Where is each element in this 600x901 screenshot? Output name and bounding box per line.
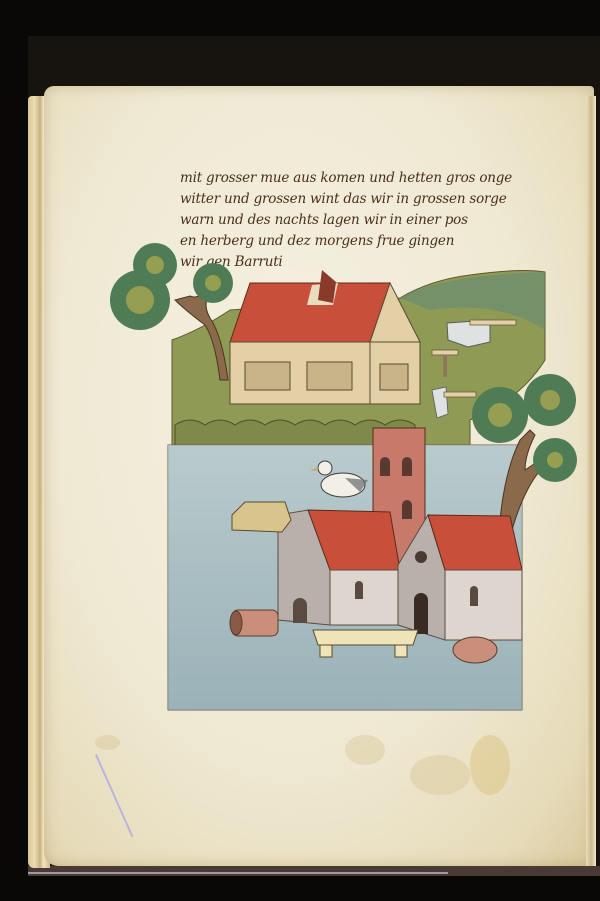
barrel-right	[453, 637, 497, 663]
illustration	[0, 0, 600, 901]
house-inn	[230, 270, 420, 404]
floating-roof	[232, 502, 291, 532]
barrel-left	[230, 610, 278, 636]
